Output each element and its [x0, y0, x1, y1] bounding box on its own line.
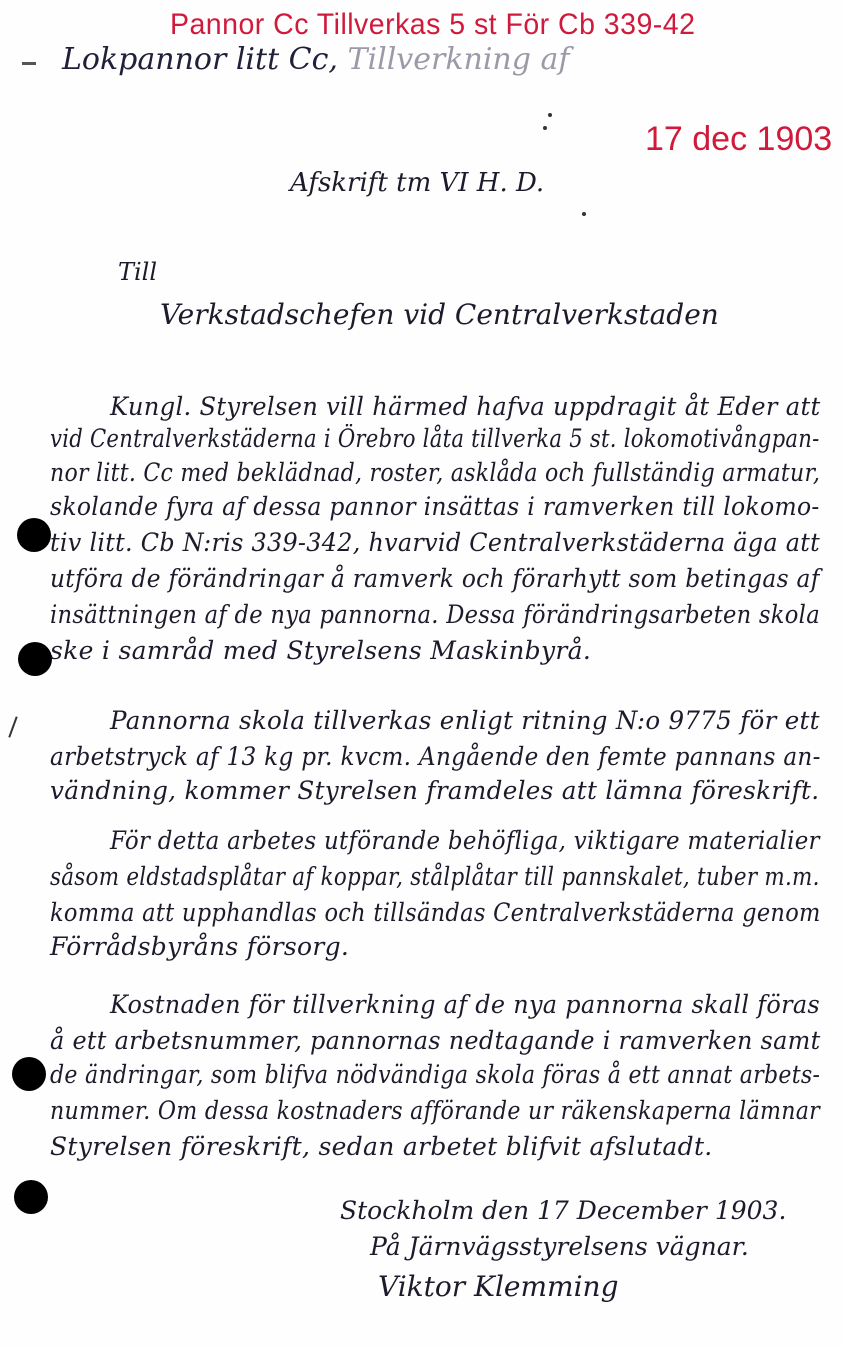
archive-date: 17 dec 1903: [645, 120, 832, 159]
letter-line: komma att upphandlas och tillsändas Cent…: [50, 898, 821, 927]
letter-line: arbetstryck af 13 kg pr. kvcm. Angående …: [50, 742, 821, 771]
margin-mark: [8, 716, 17, 737]
letter-line: Kungl. Styrelsen vill härmed hafva uppdr…: [110, 392, 821, 421]
document-heading: Afskrift tm VI H. D.: [290, 168, 544, 198]
letter-line: ske i samråd med Styrelsens Maskinbyrå.: [50, 636, 591, 665]
letter-line: de ändringar, som blifva nödvändiga skol…: [50, 1060, 820, 1089]
letter-line: Pannorna skola tillverkas enligt ritning…: [110, 706, 820, 735]
letter-line: vid Centralverkstäderna i Örebro låta ti…: [50, 424, 820, 453]
letter-line: tiv litt. Cb N:ris 339-342, hvarvid Cent…: [50, 528, 820, 557]
letter-line: utföra de förändringar å ramverk och för…: [50, 564, 820, 593]
ink-speck: [543, 126, 547, 130]
addressee-to: Till: [118, 258, 157, 286]
archive-label: Pannor Cc Tillverkas 5 st För Cb 339-42: [170, 8, 695, 42]
letter-line: insättningen af de nya pannorna. Dessa f…: [50, 600, 820, 629]
signoff-on-behalf: På Järnvägsstyrelsens vägnar.: [370, 1232, 749, 1261]
subject-main: Lokpannor litt Cc,: [62, 42, 338, 77]
punch-hole: [18, 642, 52, 676]
subject-faint: Tillverkning af: [338, 42, 570, 77]
signature: Viktor Klemming: [378, 1270, 619, 1303]
ink-speck: [582, 212, 586, 216]
letter-line: nummer. Om dessa kostnaders afförande ur…: [50, 1096, 820, 1125]
letter-line: Kostnaden för tillverkning af de nya pan…: [110, 990, 820, 1019]
ink-speck: [548, 113, 552, 117]
letter-line: nor litt. Cc med beklädnad, roster, askl…: [50, 458, 820, 487]
letter-line: Förrådsbyråns försorg.: [50, 932, 349, 961]
letter-line: å ett arbetsnummer, pannornas nedtagande…: [50, 1026, 821, 1055]
subject-line: Lokpannor litt Cc, Tillverkning af: [62, 42, 570, 77]
letter-line: För detta arbetes utförande behöfliga, v…: [110, 826, 820, 855]
signoff-place-date: Stockholm den 17 December 1903.: [340, 1196, 786, 1225]
letter-line: såsom eldstadsplåtar af koppar, stålplåt…: [50, 862, 820, 891]
punch-hole: [14, 1180, 48, 1214]
punch-hole: [17, 518, 51, 552]
document-page: Pannor Cc Tillverkas 5 st För Cb 339-42 …: [0, 0, 842, 1346]
subject-bullet-mark: [22, 62, 36, 65]
letter-line: skolande fyra af dessa pannor insättas i…: [50, 492, 820, 521]
letter-line: Styrelsen föreskrift, sedan arbetet blif…: [50, 1132, 713, 1161]
punch-hole: [12, 1057, 46, 1091]
addressee-recipient: Verkstadschefen vid Centralverkstaden: [160, 298, 719, 331]
letter-line: vändning, kommer Styrelsen framdeles att…: [50, 776, 819, 805]
